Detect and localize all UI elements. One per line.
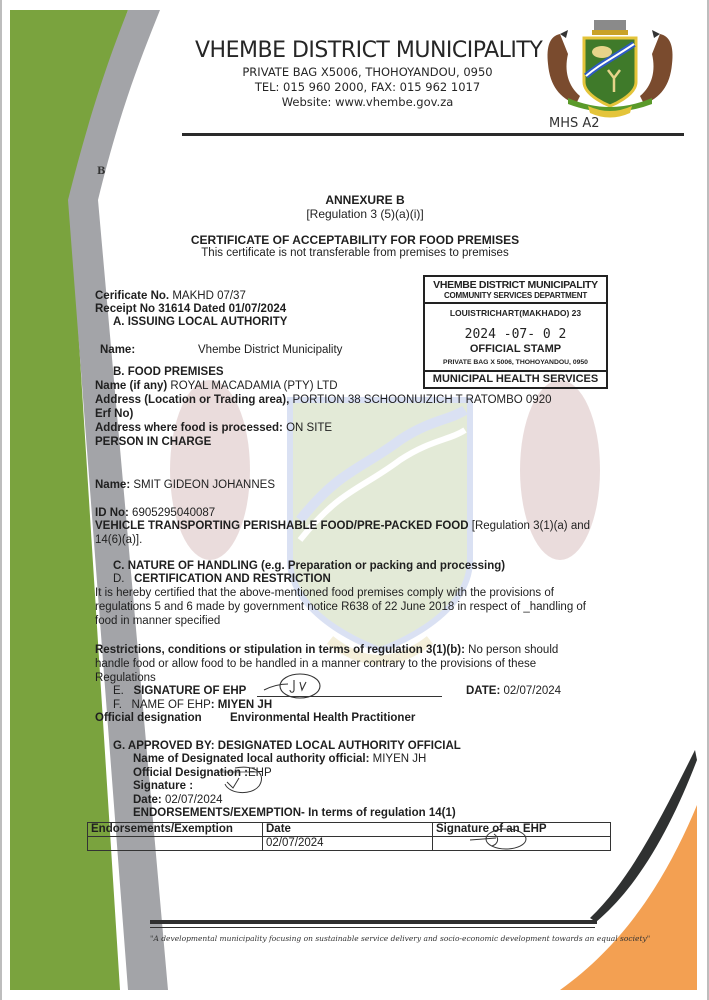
id-number-label: ID No: — [95, 507, 129, 519]
stamp-line-3: LOUISTRICHART(MAKHADO) 23 — [425, 308, 606, 318]
designated-official-value: MIYEN JH — [369, 753, 426, 765]
column-endorsements: Endorsements/Exemption — [88, 823, 263, 837]
ehp-signature-label: SIGNATURE OF EHP — [133, 685, 246, 697]
ehp-name-value: : MIYEN JH — [211, 699, 272, 711]
footer-divider-thin — [150, 927, 595, 928]
section-a-heading: A. ISSUING LOCAL AUTHORITY — [113, 316, 287, 328]
processed-address-label: Address where food is processed: — [95, 422, 283, 434]
premises-name-row: Name (if any) ROYAL MACADAMIA (PTY) LTD — [95, 380, 338, 392]
stamp-line-6: MUNICIPAL HEALTH SERVICES — [425, 373, 606, 385]
approval-date-value: 02/07/2024 — [162, 794, 223, 806]
vehicle-label: VEHICLE TRANSPORTING PERISHABLE FOOD/PRE… — [95, 520, 469, 532]
stamp-line-4: OFFICIAL STAMP — [425, 343, 606, 355]
form-code: MHS A2 — [549, 116, 600, 131]
organization-address: PRIVATE BAG X5006, THOHOYANDOU, 0950 — [195, 65, 540, 79]
table-row: 02/07/2024 — [88, 837, 611, 851]
premises-name-label: Name (if any) — [95, 380, 167, 392]
person-in-charge-heading: PERSON IN CHARGE — [95, 436, 211, 448]
restrictions-text-1: No person should — [465, 644, 558, 656]
processed-address-value: ON SITE — [283, 422, 332, 434]
vehicle-row: VEHICLE TRANSPORTING PERISHABLE FOOD/PRE… — [95, 520, 590, 532]
annexure-regulation: [Regulation 3 (5)(a)(i)] — [200, 207, 530, 221]
corner-mark: B — [97, 166, 105, 177]
certificate-number-value: MAKHD 07/37 — [172, 290, 246, 302]
organization-website[interactable]: Website: www.vhembe.gov.za — [195, 95, 540, 109]
approval-date-row: Date: 02/07/2024 — [133, 794, 223, 806]
stamp-line-5: PRIVATE BAG X 5006, THOHOYANDOU, 0950 — [425, 359, 606, 366]
certificate-title: CERTIFICATE OF ACCEPTABILITY FOR FOOD PR… — [190, 233, 520, 247]
premises-name-value: ROYAL MACADAMIA (PTY) LTD — [167, 380, 337, 392]
section-c-heading: C. NATURE OF HANDLING (e.g. Preparation … — [113, 560, 505, 572]
restrictions-label: Restrictions, conditions or stipulation … — [95, 644, 465, 656]
issuing-name-value: Vhembe District Municipality — [198, 344, 342, 356]
cell-signature — [433, 837, 611, 851]
issuing-name-label: Name: — [100, 344, 135, 356]
vehicle-regulation: [Regulation 3(1)(a) and — [469, 520, 590, 532]
id-number-value: 6905295040087 — [129, 507, 215, 519]
restrictions-text-3: Regulations — [95, 672, 156, 684]
ehp-date-label: DATE: — [466, 685, 500, 697]
receipt-row: Receipt No 31614 Dated 01/07/2024 — [95, 303, 286, 315]
signature-label: Signature : — [133, 780, 193, 792]
footer-motto: "A developmental municipality focusing o… — [150, 934, 597, 943]
premises-address-label: Address (Location or Trading area), — [95, 394, 289, 406]
certificate-subtitle: This certificate is not transferable fro… — [190, 247, 520, 259]
designation-label: Official Designation : — [133, 767, 248, 779]
section-d-heading-row: D. CERTIFICATION AND RESTRICTION — [113, 573, 331, 585]
person-name-value: SMIT GIDEON JOHANNES — [130, 479, 275, 491]
certification-text-1: It is hereby certified that the above-me… — [95, 587, 554, 599]
approval-date-label: Date: — [133, 794, 162, 806]
column-date: Date — [263, 823, 433, 837]
section-d-letter: D. — [113, 573, 125, 585]
footer-divider — [150, 920, 597, 924]
section-f-row: F. NAME OF EHP: MIYEN JH — [113, 699, 272, 711]
official-stamp: VHEMBE DISTRICT MUNICIPALITY COMMUNITY S… — [423, 275, 608, 389]
annexure-label: ANNEXURE B — [200, 193, 530, 207]
coat-of-arms-icon — [538, 16, 683, 121]
id-number-row: ID No: 6905295040087 — [95, 507, 215, 519]
stamp-line-2: COMMUNITY SERVICES DEPARTMENT — [425, 291, 606, 300]
certification-text-2: regulations 5 and 6 made by government n… — [95, 601, 586, 613]
designation-row: Official Designation :EHP — [133, 767, 272, 779]
certificate-number-label: Cerificate No. — [95, 290, 169, 302]
organization-name: VHEMBE DISTRICT MUNICIPALITY — [195, 38, 540, 63]
designated-official-label: Name of Designated local authority offic… — [133, 753, 369, 765]
endorsements-heading: ENDORSEMENTS/EXEMPTION- In terms of regu… — [133, 807, 456, 819]
column-signature: Signature of an EHP — [433, 823, 611, 837]
official-designation-value: Environmental Health Practitioner — [230, 712, 415, 724]
designated-official-row: Name of Designated local authority offic… — [133, 753, 426, 765]
section-g-heading: G. APPROVED BY: DESIGNATED LOCAL AUTHORI… — [113, 740, 461, 752]
erf-label: Erf No) — [95, 408, 133, 420]
certificate-number-row: Cerificate No. MAKHD 07/37 — [95, 290, 246, 302]
premises-address-value: PORTION 38 SCHOONUIZICH T RATOMBO 0920 — [289, 394, 551, 406]
section-e-row: E. SIGNATURE OF EHP — [113, 685, 246, 697]
header-divider — [182, 133, 684, 136]
premises-address-row: Address (Location or Trading area), PORT… — [95, 394, 552, 406]
restrictions-text-2: handle food or allow food to be handled … — [95, 658, 536, 670]
section-f-letter: F. — [113, 699, 122, 711]
organization-contact: TEL: 015 960 2000, FAX: 015 962 1017 — [195, 80, 540, 94]
table-header-row: Endorsements/Exemption Date Signature of… — [88, 823, 611, 837]
certification-text-3: food in manner specified — [95, 615, 220, 627]
section-b-heading: B. FOOD PREMISES — [113, 366, 224, 378]
section-d-heading: CERTIFICATION AND RESTRICTION — [134, 573, 331, 585]
stamp-date: 2024 -07- 0 2 — [425, 327, 606, 342]
restrictions-row: Restrictions, conditions or stipulation … — [95, 644, 558, 656]
section-e-letter: E. — [113, 685, 124, 697]
person-name-label: Name: — [95, 479, 130, 491]
signature-line[interactable] — [257, 696, 442, 697]
vehicle-regulation-cont: 14(6)(a)]. — [95, 534, 142, 546]
stamp-line-1: VHEMBE DISTRICT MUNICIPALITY — [425, 279, 606, 291]
endorsements-table: Endorsements/Exemption Date Signature of… — [87, 822, 611, 851]
ehp-name-label: NAME OF EHP — [132, 699, 211, 711]
designation-value: EHP — [248, 767, 272, 779]
cell-date: 02/07/2024 — [263, 837, 433, 851]
ehp-date-row: DATE: 02/07/2024 — [466, 685, 561, 697]
ehp-date-value: 02/07/2024 — [500, 685, 561, 697]
cell-endorsement — [88, 837, 263, 851]
person-name-row: Name: SMIT GIDEON JOHANNES — [95, 479, 275, 491]
processed-address-row: Address where food is processed: ON SITE — [95, 422, 332, 434]
official-designation-label: Official designation — [95, 712, 202, 724]
